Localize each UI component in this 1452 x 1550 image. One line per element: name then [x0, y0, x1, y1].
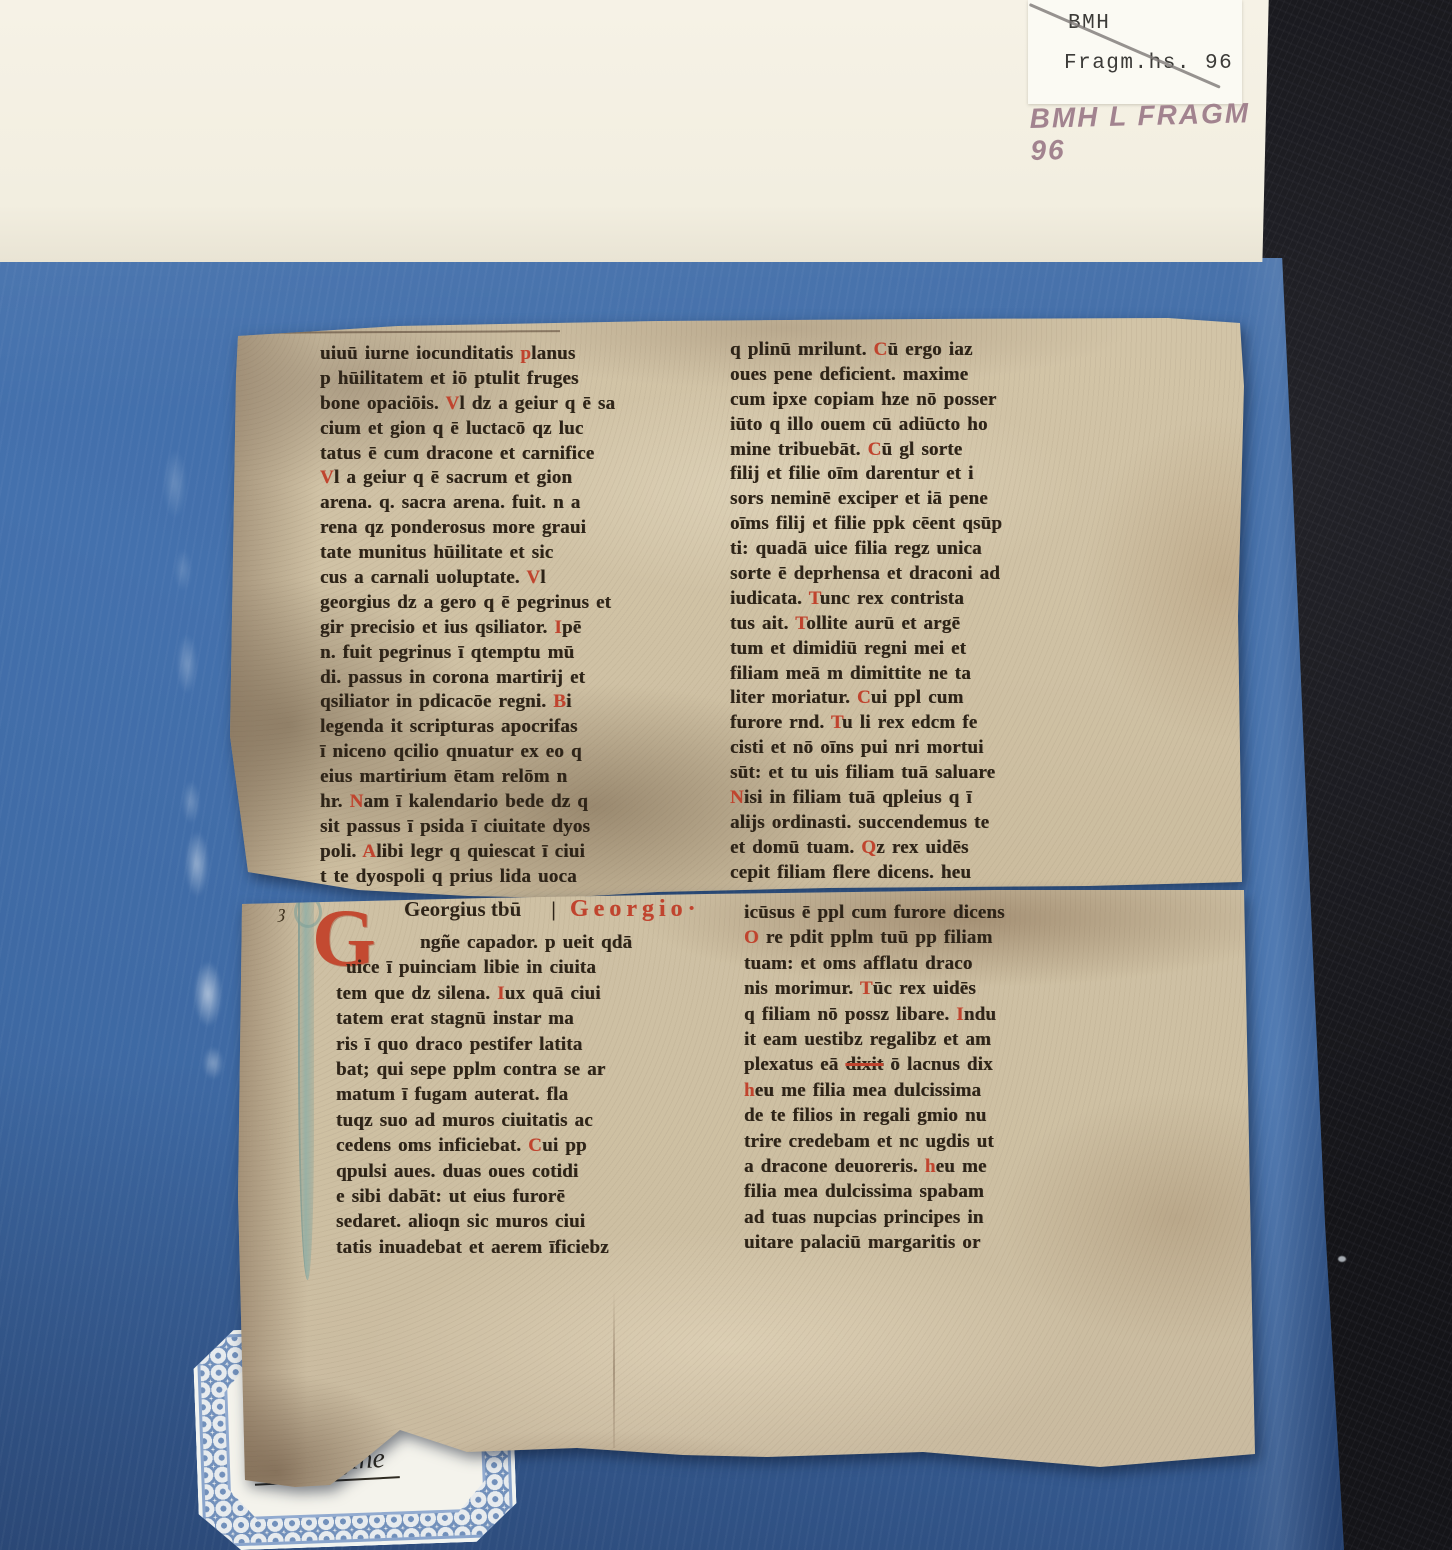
scuff-mark — [180, 818, 214, 910]
manuscript-text-line: matum ī fugam auterat. fla — [336, 1082, 716, 1107]
heading-black-text: Georgius tbū — [404, 897, 521, 921]
manuscript-text-line: tus ait. Tollite aurū et argē — [730, 612, 1140, 637]
manuscript-text-line: arena. q. sacra arena. fuit. n a — [320, 491, 700, 516]
parchment-fragment-upper: uiuū iurne iocunditatis planusp hūilitat… — [228, 316, 1244, 900]
lower-right-text-column: icūsus ē ppl cum furore dicensO re pdit … — [744, 900, 1144, 1255]
manuscript-text-line: cium et gion q ē luctacō qz luc — [320, 417, 700, 442]
manuscript-text-line: bone opaciōis. Vl dz a geiur q ē sa — [320, 392, 700, 417]
manuscript-text-line: gir precisio et ius qsiliator. Ipē — [320, 616, 700, 641]
chapter-heading: Georgius tbū|Georgio· — [404, 896, 701, 923]
manuscript-text-line: e sibi dabāt: ut eius furorē — [336, 1184, 716, 1209]
parchment-lower-surface: ȝ G Georgius tbū|Georgio· ngñe capador. … — [236, 888, 1258, 1490]
manuscript-text-line: tum et dimidiū regni mei et — [730, 637, 1140, 662]
manuscript-text-line: sūt: et tu uis filiam tuā saluare — [730, 761, 1140, 786]
manuscript-text-line: n. fuit pegrinus ī qtemptu mū — [320, 641, 700, 666]
manuscript-text-line: plexatus eā dixit ō lacnus dix — [744, 1052, 1144, 1077]
manuscript-text-line: eius martirium ētam relōm n — [320, 765, 700, 790]
manuscript-text-line: tatus ē cum dracone et carnifice — [320, 442, 700, 467]
handwritten-shelfmark: BMH L FRAGM 96 — [1029, 97, 1261, 167]
manuscript-text-line: qpulsi aues. duas oues cotidi — [336, 1159, 716, 1184]
manuscript-text-line: di. passus in corona martirij et — [320, 666, 700, 691]
manuscript-text-line: sedaret. alioqn sic muros ciui — [336, 1209, 716, 1234]
manuscript-text-line: cisti et nō oīns pui nri mortui — [730, 736, 1140, 761]
manuscript-text-line: sors neminē exciper et iā pene — [730, 487, 1140, 512]
manuscript-text-line: ad tuas nupcias principes in — [744, 1205, 1144, 1230]
manuscript-text-line: a dracone deuoreris. heu me — [744, 1154, 1144, 1179]
manuscript-text-line: georgius dz a gero q ē pegrinus et — [320, 591, 700, 616]
parchment-fragment-lower: ȝ G Georgius tbū|Georgio· ngñe capador. … — [236, 888, 1258, 1490]
manuscript-text-line: cus a carnali uoluptate. Vl — [320, 566, 700, 591]
manuscript-text-line: cedens oms inficiebat. Cui pp — [336, 1133, 716, 1158]
manuscript-text-line: furore rnd. Tu li rex edcm fe — [730, 711, 1140, 736]
manuscript-text-line: de te filios in regali gmio nu — [744, 1103, 1144, 1128]
manuscript-text-line: tate munitus hūilitate et sic — [320, 541, 700, 566]
manuscript-text-line: filiam meā m dimittite ne ta — [730, 662, 1140, 687]
manuscript-text-line: q filiam nō possz libare. Indu — [744, 1002, 1144, 1027]
manuscript-text-line: bat; qui sepe pplm contra se ar — [336, 1057, 716, 1082]
scuff-mark — [198, 1040, 228, 1086]
manuscript-text-line: cum ipxe copiam hze nō posser — [730, 388, 1140, 413]
manuscript-text-line: qsiliator in pdicacōe regni. Bi — [320, 690, 700, 715]
scuff-mark — [158, 436, 192, 532]
manuscript-text-line: ti: quadā uice filia regz unica — [730, 537, 1140, 562]
lower-left-text-column: ngñe capador. p ueit qdāuice ī puinciam … — [336, 930, 716, 1260]
manuscript-text-line: ī niceno qcilio qnuatur ex eo q — [320, 740, 700, 765]
lint-speck — [1338, 1256, 1346, 1262]
manuscript-text-line: liter moriatur. Cui ppl cum — [730, 686, 1140, 711]
manuscript-text-line: legenda it scripturas apocrifas — [320, 715, 700, 740]
manuscript-text-line: poli. Alibi legr q quiescat ī ciui — [320, 840, 700, 865]
manuscript-text-line: filia mea dulcissima spabam — [744, 1179, 1144, 1204]
manuscript-text-line: uitare palaciū margaritis or — [744, 1230, 1144, 1255]
manuscript-text-line: tem que dz silena. Iux quā ciui — [336, 981, 716, 1006]
manuscript-text-line: tuam: et oms afflatu draco — [744, 951, 1144, 976]
scuff-mark — [172, 622, 202, 706]
manuscript-text-line: hr. Nam ī kalendario bede dz q — [320, 790, 700, 815]
manuscript-text-line: tuqz suo ad muros ciuitatis ac — [336, 1108, 716, 1133]
manuscript-text-line: O re pdit pplm tuū pp filiam — [744, 925, 1144, 950]
manuscript-text-line: et domū tuam. Qz rex uidēs — [730, 836, 1140, 861]
manuscript-text-line: trire credebam et nc ugdis ut — [744, 1129, 1144, 1154]
manuscript-text-line: q plinū mrilunt. Cū ergo iaz — [730, 338, 1140, 363]
manuscript-text-line: p hūilitatem et iō ptulit fruges — [320, 367, 700, 392]
manuscript-text-line: mine tribuebāt. Cū gl sorte — [730, 438, 1140, 463]
fold-crease — [613, 1290, 615, 1448]
manuscript-text-line: t te dyospoli q prius lida uoca — [320, 865, 700, 890]
manuscript-text-line: icūsus ē ppl cum furore dicens — [744, 900, 1144, 925]
scuff-mark — [170, 540, 196, 600]
manuscript-text-line: nis morimur. Tūc rex uidēs — [744, 976, 1144, 1001]
manuscript-text-line: Nisi in filiam tuā qpleius q ī — [730, 786, 1140, 811]
manuscript-text-line: sorte ē deprhensa et draconi ad — [730, 562, 1140, 587]
manuscript-text-line: ngñe capador. p ueit qdā — [420, 930, 716, 955]
manuscript-text-line: rena qz ponderosus more graui — [320, 516, 700, 541]
manuscript-text-line: iūto q illo ouem cū adiūcto ho — [730, 413, 1140, 438]
manuscript-text-line: Vl a geiur q ē sacrum et gion — [320, 466, 700, 491]
manuscript-text-line: tatem erat stagnū instar ma — [336, 1006, 716, 1031]
manuscript-text-line: heu me filia mea dulcissima — [744, 1078, 1144, 1103]
manuscript-text-line: iudicata. Tunc rex contrista — [730, 587, 1140, 612]
photo-of-manuscript-fragment: oragine uiuū iurne iocunditatis planusp … — [0, 0, 1452, 1550]
parchment-upper-surface: uiuū iurne iocunditatis planusp hūilitat… — [228, 316, 1244, 900]
manuscript-text-line: uice ī puinciam libie in ciuita — [346, 955, 716, 980]
manuscript-text-line: sit passus ī psida ī ciuitate dyos — [320, 815, 700, 840]
manuscript-text-line: it eam uestibz regalibz et am — [744, 1027, 1144, 1052]
manuscript-text-line: oues pene deficient. maxime — [730, 363, 1140, 388]
manuscript-text-line: ris ī quo draco pestifer latita — [336, 1032, 716, 1057]
stitch-line — [234, 330, 560, 334]
heading-divider: | — [551, 897, 556, 921]
manuscript-text-line: cepit filiam flere dicens. heu — [730, 861, 1140, 886]
manuscript-text-line: filij et filie oīm darentur et i — [730, 462, 1140, 487]
upper-left-text-column: uiuū iurne iocunditatis planusp hūilitat… — [320, 342, 700, 890]
manuscript-text-line: tatis inuadebat et aerem īficiebz — [336, 1235, 716, 1260]
manuscript-text-line: alijs ordinasti. succendemus te — [730, 811, 1140, 836]
margin-guide-letter: ȝ — [278, 902, 285, 924]
upper-right-text-column: q plinū mrilunt. Cū ergo iazoues pene de… — [730, 338, 1140, 886]
rubric-red-text: Georgio· — [570, 896, 701, 922]
scuff-mark — [188, 948, 228, 1040]
manuscript-text-line: uiuū iurne iocunditatis planus — [320, 342, 700, 367]
manuscript-text-line: oīms filij et filie ppk cēent qsūp — [730, 512, 1140, 537]
